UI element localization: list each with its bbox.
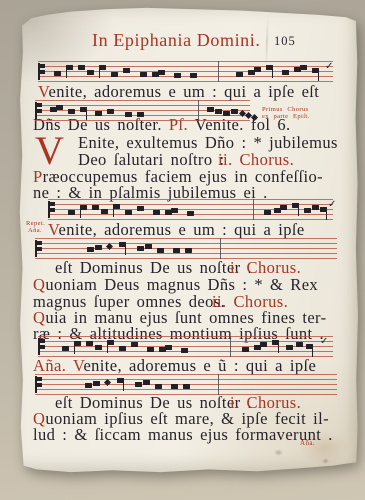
staff-line (38, 81, 333, 82)
staff-line (48, 219, 333, 220)
staff-line (35, 394, 337, 395)
staff-line (35, 120, 250, 121)
neume-stem (99, 67, 100, 78)
line-ana-venite: Aña. Venite, adoremus e ũ : qui a ipſe (33, 357, 316, 374)
neume-stem (123, 380, 124, 391)
neume-square (99, 65, 106, 70)
dropcap-v: V (35, 130, 64, 172)
staff-line (35, 374, 337, 375)
neume-square (147, 347, 154, 352)
staff-line (48, 204, 333, 205)
label-chorus-i-1: i. Chorus. (230, 259, 301, 276)
c-clef-icon (48, 201, 57, 220)
neume-stem (125, 244, 126, 255)
neume-square (173, 248, 180, 253)
neume-square (223, 111, 230, 116)
neume-square (215, 109, 222, 114)
staff-line (38, 336, 333, 337)
page-number: 105 (274, 34, 296, 49)
clef-square (50, 202, 55, 206)
staff-barline (253, 199, 254, 220)
clef-square (40, 70, 45, 74)
staff-line (35, 105, 250, 106)
neume-square (85, 383, 92, 388)
text-segment: V (48, 220, 59, 239)
neume-stem (66, 67, 67, 78)
staff-line (48, 199, 333, 200)
staff-2 (35, 100, 250, 121)
staff-4 (35, 238, 337, 259)
c-clef-icon (35, 240, 44, 259)
custos-mark: ✓ (320, 336, 328, 347)
staff-line (48, 209, 333, 210)
neume-square (312, 205, 319, 210)
neume-square (286, 345, 293, 350)
clef-square (40, 339, 45, 343)
neume-square (306, 344, 313, 349)
neume-stem (107, 342, 108, 353)
neume-stem (298, 205, 299, 216)
neume-square (131, 342, 138, 347)
c-clef-icon (35, 102, 44, 121)
staff-line (38, 76, 333, 77)
clef-square (50, 208, 55, 212)
neume-square (174, 73, 181, 78)
clef-square (40, 345, 45, 349)
neume-square (95, 345, 102, 350)
text-segment: Aña. (33, 356, 66, 375)
neume-square (119, 346, 126, 351)
neume-square (231, 109, 238, 114)
staff-line (35, 100, 250, 101)
neume-square (153, 210, 160, 215)
c-clef-icon (38, 338, 47, 357)
staff-barline (218, 374, 219, 395)
text-segment: V (38, 82, 49, 101)
neume-square (171, 208, 178, 213)
neume-square (264, 210, 271, 215)
clef-square (37, 377, 42, 381)
neume-square (66, 65, 73, 70)
staff-barline (230, 336, 231, 357)
neume-square (125, 112, 132, 117)
text-segment: enite, adoremus e um : qui a ipſe eſt (49, 82, 320, 101)
neume-square (68, 109, 75, 114)
neume-square (92, 205, 99, 210)
neume-stem (80, 207, 81, 218)
clef-square (37, 383, 42, 387)
line-deo-salutari: Deo ſalutari noſtro : (78, 151, 225, 168)
neume-square (145, 244, 152, 249)
neume-square (119, 242, 126, 247)
neume-square (113, 204, 120, 209)
page-heading: In Epiphania Domini. (92, 30, 260, 51)
neume-square (272, 340, 279, 345)
staff-line (35, 238, 337, 239)
neume-stem (318, 70, 319, 81)
c-clef-icon (38, 63, 47, 82)
neume-square (187, 211, 194, 216)
staff-line (35, 243, 337, 244)
staff-line (38, 356, 333, 357)
neume-square (135, 382, 142, 387)
staff-line (38, 341, 333, 342)
neume-square (80, 107, 87, 112)
text-segment: enite, adoremus e um : qui a ipſe (59, 220, 305, 239)
text-segment: enite, adoremus e ũ : qui a ipſe (83, 356, 316, 375)
neume-square (254, 67, 261, 72)
clef-square (40, 64, 45, 68)
staff-5: ✓ (38, 336, 333, 357)
clef-square (37, 103, 42, 107)
neume-square (304, 208, 311, 213)
staff-6 (35, 374, 337, 395)
staff-1: ✓ (38, 61, 333, 82)
neume-square (266, 65, 273, 70)
neume-square (280, 205, 287, 210)
neume-square (101, 209, 108, 214)
neume-stem (113, 206, 114, 217)
line-venite-1: Venite, adoremus e um : qui a ipſe eſt (38, 83, 319, 100)
neume-square (165, 345, 172, 350)
neume-square (181, 348, 188, 353)
neume-stem (272, 67, 273, 78)
staff-line (35, 379, 337, 380)
neume-stem (326, 209, 327, 220)
neume-square (171, 384, 178, 389)
staff-barline (218, 61, 219, 82)
neume-square (107, 109, 114, 114)
label-chorus-ii-1: ii. Chorus. (218, 151, 294, 168)
neume-square (95, 111, 102, 116)
neume-square (117, 378, 124, 383)
staff-barline (198, 100, 199, 121)
neume-square (125, 210, 132, 215)
neume-square (87, 247, 94, 252)
catchword: Aña. (300, 440, 315, 447)
c-clef-icon (35, 376, 44, 395)
margin-note-left-2: Aña. (28, 228, 42, 235)
neume-square (236, 72, 243, 77)
line-exultemus: Enite, exultemus Dño : * jubilemus (78, 134, 338, 151)
neume-square (107, 340, 114, 345)
neume-square (282, 70, 289, 75)
neume-square (185, 248, 192, 253)
neume-square (62, 346, 69, 351)
neume-square (242, 347, 249, 352)
neume-square (312, 68, 319, 73)
neume-square (183, 384, 190, 389)
line-quoniam-deus: Quoniam Deus magnus Dñs : * & Rex (33, 276, 318, 293)
neume-square (56, 105, 63, 110)
line-est-dominus-1: eſt Dominus De us noſter . (55, 259, 252, 276)
custos-mark: ✓ (328, 199, 336, 210)
neume-square (300, 65, 307, 70)
staff-barline (220, 238, 221, 259)
neume-square (158, 70, 165, 75)
neume-square (78, 65, 85, 70)
neume-stem (74, 343, 75, 354)
neume-square (111, 72, 118, 77)
neume-square (292, 203, 299, 208)
staff-3: ✓ (48, 199, 333, 220)
neume-square (86, 341, 93, 346)
neume-square (54, 71, 61, 76)
neume-stem (312, 346, 313, 357)
line-venite-2: Venite, adoremus e um : qui a ipſe (48, 221, 305, 238)
neume-square (93, 381, 100, 386)
neume-square (123, 68, 130, 73)
margin-note-right-2: ex parte Epiſt. (262, 114, 310, 121)
text-segment: Repet. (26, 220, 45, 227)
neume-square (320, 207, 327, 212)
neume-square (190, 73, 197, 78)
neume-square (68, 210, 75, 215)
staff-line (35, 258, 337, 259)
neume-square (296, 342, 303, 347)
neume-square (157, 248, 164, 253)
staff-line (35, 253, 337, 254)
neume-square (137, 246, 144, 251)
page-content-layer: In Epiphania Domini. 105 Venite, adoremu… (0, 0, 365, 500)
neume-square (260, 342, 267, 347)
line-lud-siccam: lud : & ſiccam manus ejus formaverunt . (33, 426, 333, 443)
neume-square (137, 206, 144, 211)
neume-square (74, 341, 81, 346)
neume-square (80, 205, 87, 210)
neume-square (140, 72, 147, 77)
clef-square (37, 247, 42, 251)
staff-line (38, 61, 333, 62)
neume-square (137, 112, 144, 117)
text-segment: ex parte Epiſt. (262, 113, 310, 120)
neume-square (95, 245, 102, 250)
clef-square (37, 241, 42, 245)
photo-background: In Epiphania Domini. 105 Venite, adoremu… (0, 0, 365, 500)
neume-stem (86, 109, 87, 120)
neume-square (207, 107, 214, 112)
neume-square (143, 380, 150, 385)
neume-stem (278, 342, 279, 353)
custos-mark: ✓ (325, 61, 333, 72)
text-segment: Aña. (28, 227, 42, 234)
neume-square (155, 384, 162, 389)
text-segment: lud : & ſiccam manus ejus formaverunt . (33, 425, 333, 444)
staff-line (35, 389, 337, 390)
text-segment: Primus Chorus (262, 106, 309, 113)
clef-square (37, 109, 42, 113)
text-segment: V (66, 356, 83, 375)
text-segment: Aña. (300, 439, 315, 447)
neume-square (87, 70, 94, 75)
